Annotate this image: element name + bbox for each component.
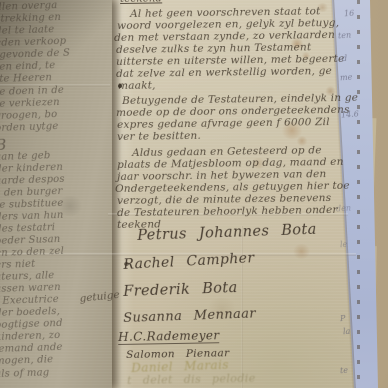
margin-annotation: 14.6 xyxy=(341,109,359,119)
manuscript-line: en zo den zel xyxy=(0,246,64,259)
manuscript-line: te verkiezen xyxy=(0,97,60,110)
manuscript-line: der boedels, xyxy=(0,306,60,319)
manuscript-line: ers niet xyxy=(0,259,36,271)
manuscript-line: tte Heeren xyxy=(0,72,52,85)
manuscript-line: oogtigse ond xyxy=(0,318,63,331)
margin-annotation: me xyxy=(340,73,353,83)
manuscript-line: assen waren xyxy=(0,282,61,295)
manuscript-line: strekking en xyxy=(0,12,61,25)
manuscript-line: f Executrice xyxy=(0,294,59,307)
manuscript-line: vroogen, bo xyxy=(0,109,58,122)
manuscript-line: te substituee xyxy=(0,198,64,211)
margin-annotation: le xyxy=(340,240,348,249)
manuscript-line: aarde despos xyxy=(0,174,65,187)
cut-off-top-line: teekend xyxy=(120,0,162,5)
margin-annotation: te xyxy=(340,366,349,376)
manuscript-line: aan te geb xyxy=(0,150,51,163)
manuscript-line: der kinderen xyxy=(0,162,63,175)
manuscript-line: mogen, die xyxy=(0,354,53,367)
stain xyxy=(292,244,311,259)
manuscript-photo: illen overga strekking en del te laate e… xyxy=(0,0,388,388)
margin-annotation: d xyxy=(342,54,348,63)
binding-stitch-marks xyxy=(357,0,360,388)
manuscript-line: des testatri xyxy=(0,222,55,235)
manuscript-line: ders van hun xyxy=(0,210,64,223)
margin-annotation: la xyxy=(343,327,351,336)
manuscript-line: iemand ande xyxy=(0,342,63,355)
manuscript-line: oeder Susan xyxy=(0,234,61,247)
manuscript-line: eden verkoop xyxy=(0,36,66,49)
manuscript-line: ateurs, alle xyxy=(0,270,55,283)
manuscript-line: s den burger xyxy=(0,186,63,199)
manuscript-line: orden uytge xyxy=(0,121,59,134)
manuscript-line: te doen in de xyxy=(0,85,64,98)
manuscript-line: kinderen, zo xyxy=(0,330,61,343)
margin-annotation: ten xyxy=(338,31,352,41)
bleedthrough-faint-line: t delet dis pelodie xyxy=(127,372,256,387)
manuscript-line: als of mag xyxy=(0,367,50,380)
margin-annotation: den xyxy=(336,203,352,213)
manuscript-line: ver te besitten. xyxy=(117,130,201,143)
manuscript-line: del te laate xyxy=(0,24,55,37)
manuscript-line: illen overga xyxy=(0,0,58,13)
manuscript-line: ten eind, te xyxy=(0,60,56,73)
margin-annotation: P xyxy=(340,314,346,323)
manuscript-line: maakt, xyxy=(118,79,156,92)
margin-annotation: 16 xyxy=(344,9,355,19)
signature-hc-rademeyer: H.C.Rademeyer xyxy=(118,328,220,345)
